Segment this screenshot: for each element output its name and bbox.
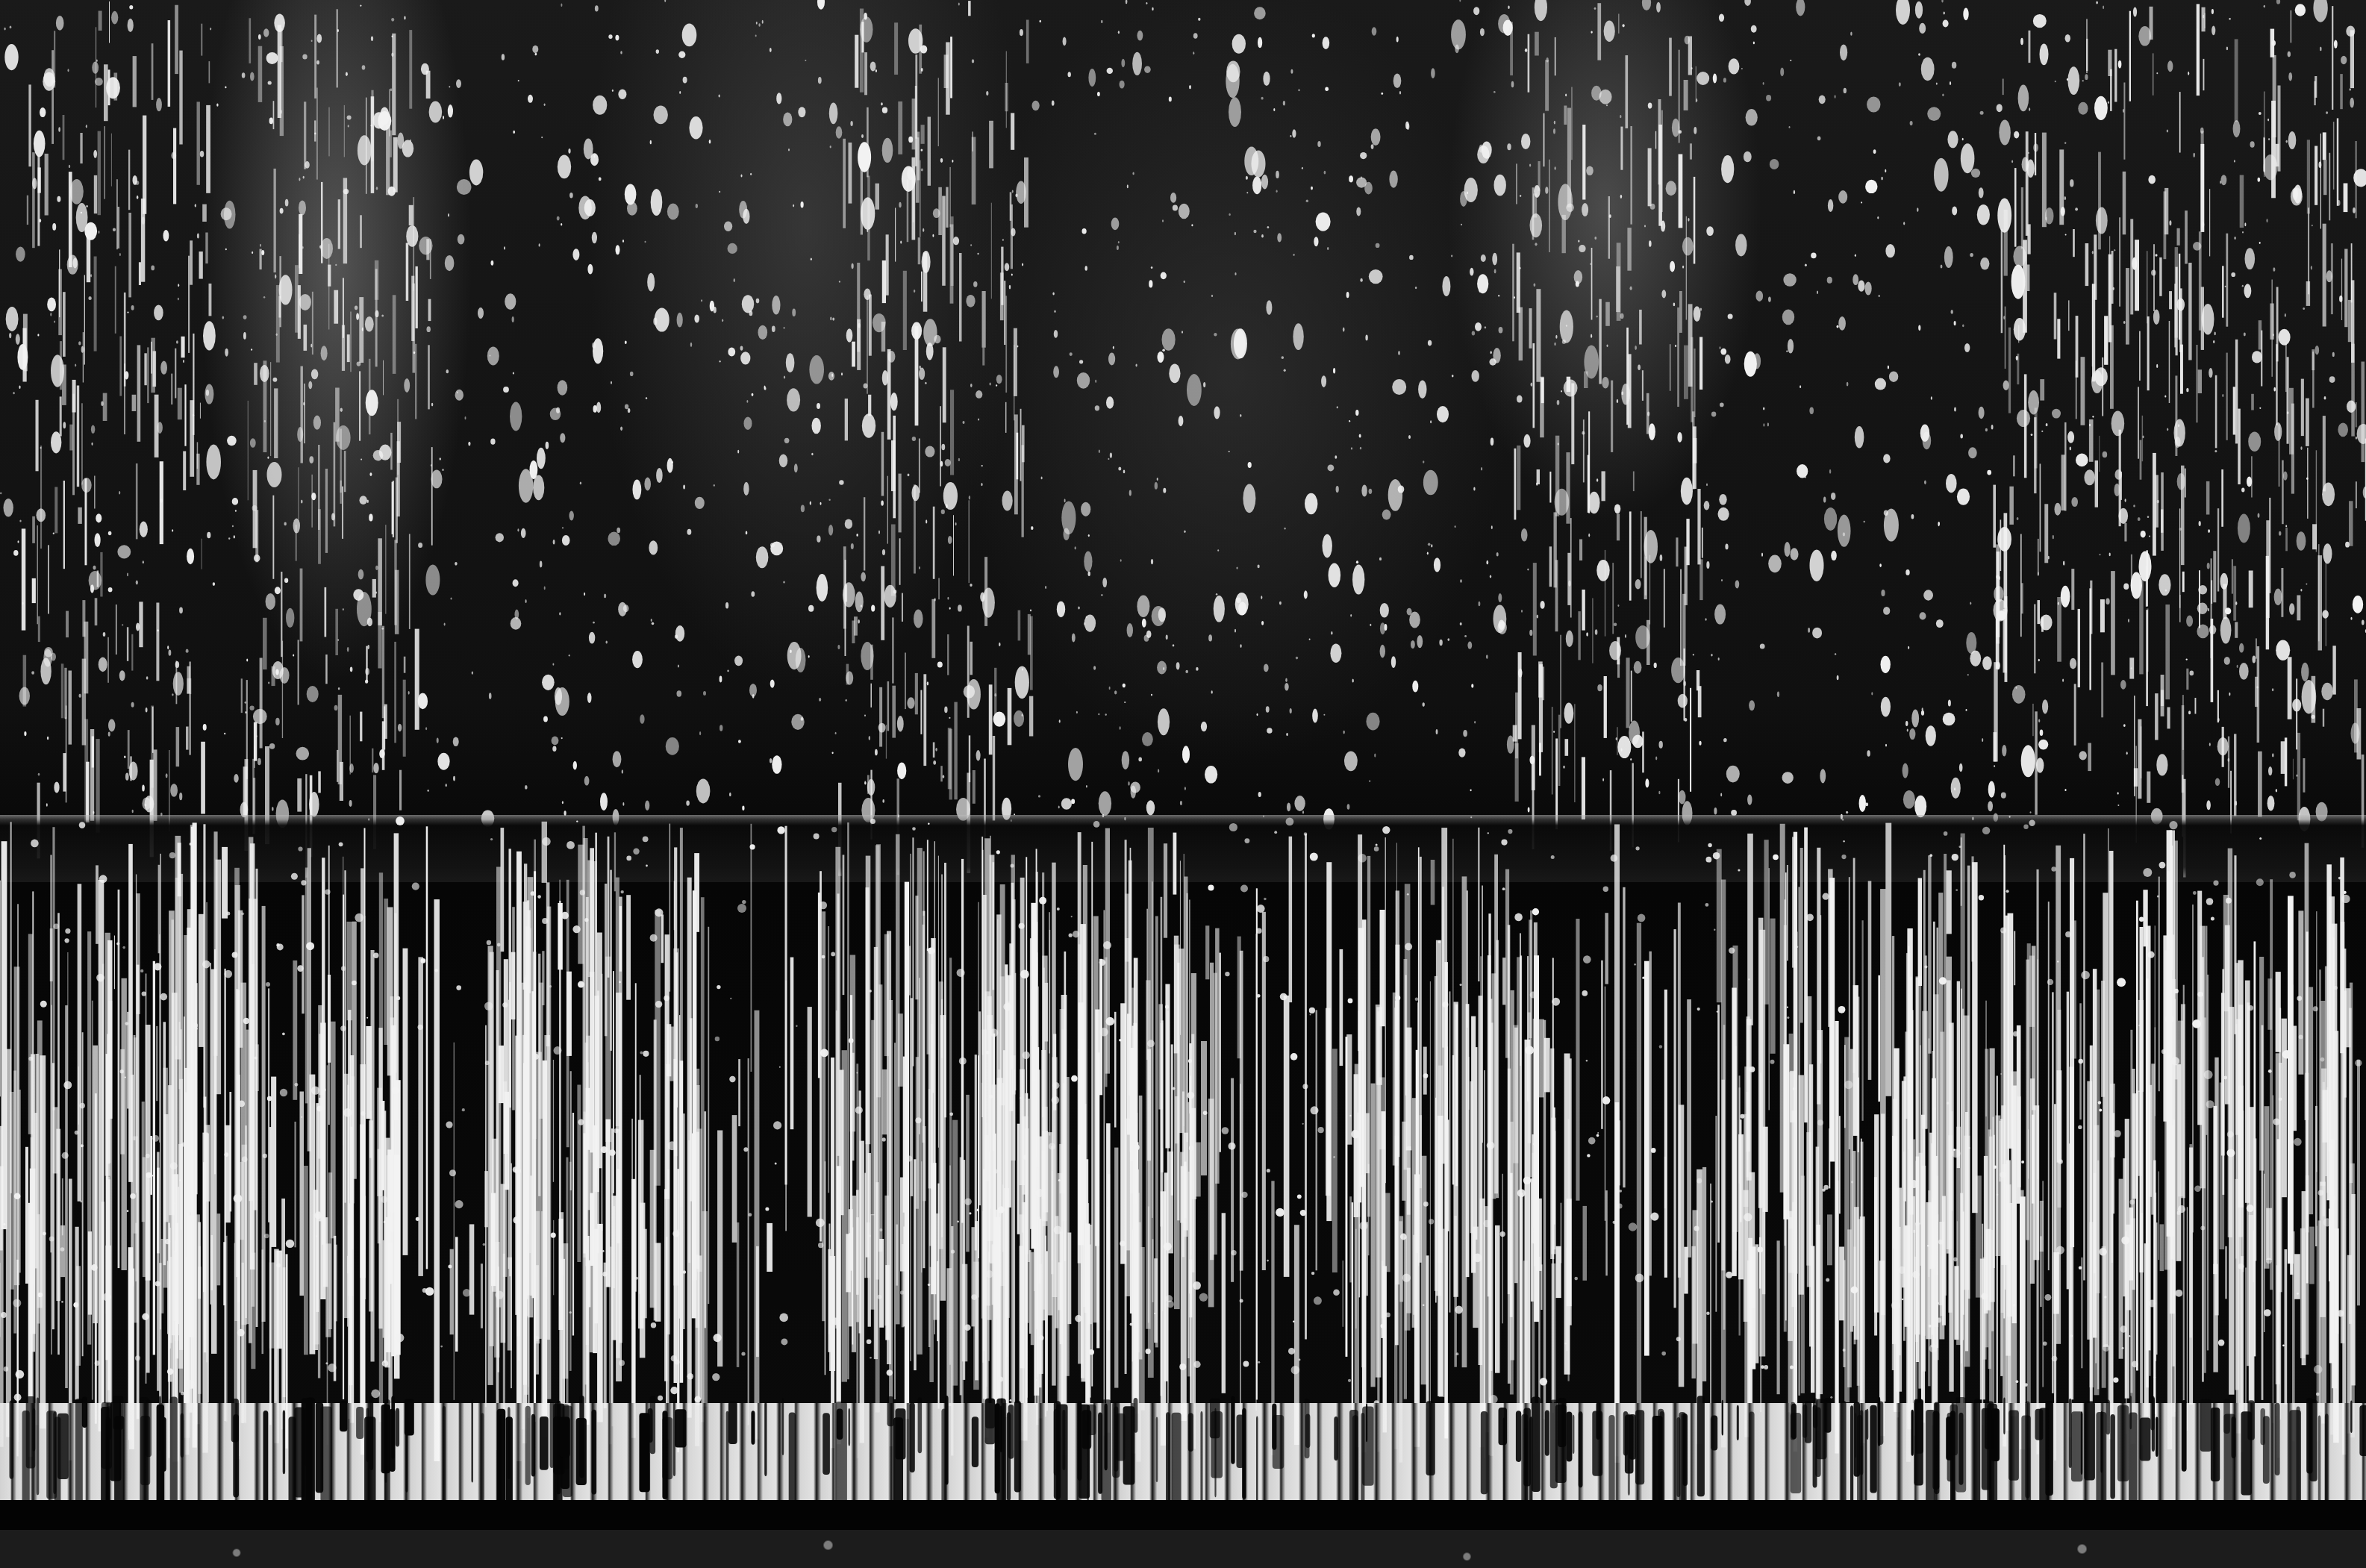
floor-strip (0, 1530, 2366, 1568)
splatter-wall-photo (0, 0, 2366, 1568)
baseboard-dark-drips (0, 0, 2366, 1568)
floor-edge-shadow (0, 1500, 2366, 1530)
